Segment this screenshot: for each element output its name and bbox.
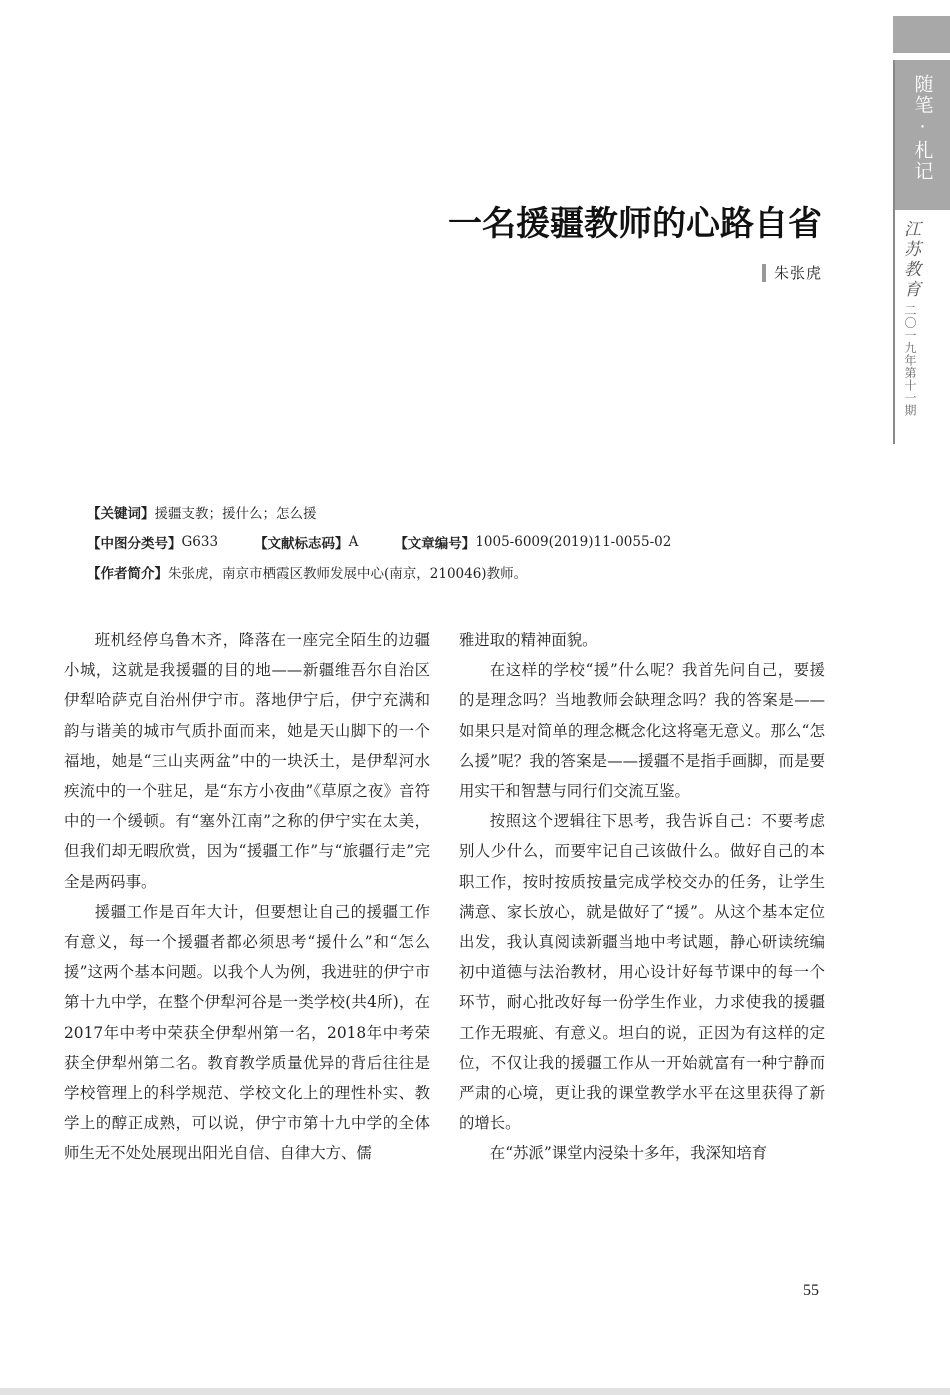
author-bio-row: 【作者简介】 朱张虎，南京市栖霞区教师发展中心(南京，210046)教师。: [87, 557, 787, 587]
keywords-row: 【关键词】 援疆支教；援什么；怎么援: [87, 497, 787, 527]
sidebar-divider: [893, 210, 895, 444]
page-number: 55: [803, 1282, 819, 1300]
keywords-label: 【关键词】: [87, 502, 155, 522]
paragraph: 按照这个逻辑往下思考，我告诉自己：不要考虑别人少什么，而要牢记自己该做什么。做好…: [459, 806, 825, 1138]
doc-code-value: A: [349, 534, 359, 550]
section-label: 随笔·札记: [908, 74, 938, 182]
author-bar-decoration: [762, 264, 766, 282]
sidebar-top-block: [893, 16, 950, 53]
article-title: 一名援疆教师的心路自省: [448, 196, 822, 245]
doc-code-label: 【文献标志码】: [254, 532, 349, 552]
body-column-left: 班机经停乌鲁木齐，降落在一座完全陌生的边疆小城，这就是我援疆的目的地——新疆维吾…: [64, 625, 430, 1169]
body-column-right: 雅进取的精神面貌。 在这样的学校“援”什么呢？我首先问自己，要援的是理念吗？当地…: [459, 625, 825, 1169]
classification-row: 【中图分类号】 G633 【文献标志码】 A 【文章编号】 1005-6009(…: [87, 527, 787, 557]
paragraph: 班机经停乌鲁木齐，降落在一座完全陌生的边疆小城，这就是我援疆的目的地——新疆维吾…: [64, 625, 430, 897]
author-bio-value: 朱张虎，南京市栖霞区教师发展中心(南京，210046)教师。: [168, 562, 527, 582]
clc-value: G633: [182, 534, 219, 550]
journal-name: 江苏教育: [898, 220, 922, 300]
paragraph: 在这样的学校“援”什么呢？我首先问自己，要援的是理念吗？当地教师会缺理念吗？我的…: [459, 655, 825, 806]
keywords-value: 援疆支教；援什么；怎么援: [155, 502, 317, 522]
paragraph: 援疆工作是百年大计，但要想让自己的援疆工作有意义，每一个援疆者都必须思考“援什么…: [64, 897, 430, 1169]
author-line: 朱张虎: [762, 262, 822, 283]
viewer-bottom-edge: [0, 1388, 950, 1395]
clc-label: 【中图分类号】: [87, 532, 182, 552]
author-bio-label: 【作者简介】: [87, 562, 168, 582]
author-name: 朱张虎: [774, 262, 822, 283]
section-tab: 随笔·札记: [893, 60, 950, 210]
article-meta: 【关键词】 援疆支教；援什么；怎么援 【中图分类号】 G633 【文献标志码】 …: [87, 497, 787, 587]
article-no-value: 1005-6009(2019)11-0055-02: [475, 534, 671, 550]
paragraph: 在“苏派”课堂内浸染十多年，我深知培育: [459, 1138, 825, 1168]
paragraph-continuation: 雅进取的精神面貌。: [459, 625, 825, 655]
issue-label: 二〇一九年第十一期: [898, 304, 922, 417]
article-no-label: 【文章编号】: [394, 532, 475, 552]
